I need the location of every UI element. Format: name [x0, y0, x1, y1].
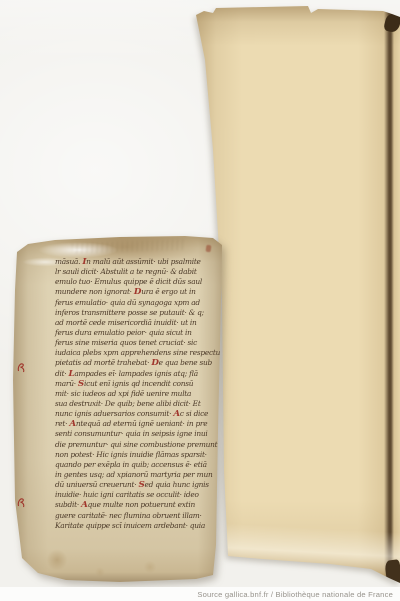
- manuscript-line: guere caritatē· nec flumina obruent illa…: [55, 511, 207, 521]
- source-credit: Source gallica.bnf.fr / Bibliothèque nat…: [197, 590, 393, 599]
- manuscript-line: in gentes usq; ad xpianorū martyria per …: [55, 470, 207, 480]
- manuscript-line: ferus dura emulatio peior· quia sicut in: [55, 328, 207, 338]
- manuscript-line: mundere non ignorat· Dura ē ergo ut in: [55, 287, 207, 297]
- manuscript-line: ret· Antequā ad eternū ignē ueniant· in …: [55, 419, 207, 429]
- manuscript-line: subdit· Aque multe non potuerunt extin: [55, 500, 207, 510]
- manuscript-line: ferus sine miseria quos tenet cruciat· s…: [55, 338, 207, 348]
- manuscript-line: māsuā. In malū aūt assūmit· ubi psalmite: [55, 257, 207, 267]
- nota-margin-mark: [17, 495, 26, 506]
- source-credit-bar: Source gallica.bnf.fr / Bibliothèque nat…: [0, 587, 400, 601]
- nota-margin-mark: [17, 360, 26, 371]
- manuscript-line: nunc ignis aduersarios consumit· Ac si d…: [55, 409, 207, 419]
- manuscript-recto-page: māsuā. In malū aūt assūmit· ubi psalmite…: [0, 0, 400, 601]
- manuscript-line: non potest· Hic ignis inuidie flāmas spa…: [55, 450, 207, 460]
- manuscript-line: emulo tuo· Emulus quippe ē dicit dūs sau…: [55, 277, 207, 287]
- manuscript-line: senti consumuntur· quia in seipsis igne …: [55, 429, 207, 439]
- manuscript-line: marū· Sicut enī ignis qd incendit consū: [55, 379, 207, 389]
- manuscript-line: inferos transmittere posse se putauit· &…: [55, 308, 207, 318]
- manuscript-line: dū uniuersū creuerunt· Sed quia hunc ign…: [55, 480, 207, 490]
- manuscript-line: pietatis ad mortē trahebat· De qua bene …: [55, 358, 207, 368]
- manuscript-recto-page-wrap: māsuā. In malū aūt assūmit· ubi psalmite…: [0, 0, 400, 601]
- manuscript-text: māsuā. In malū aūt assūmit· ubi psalmite…: [55, 257, 207, 531]
- folio-corner-mark: [206, 245, 212, 253]
- manuscript-line: mit· sic iudeos ad xpi fidē uenire multa: [55, 389, 207, 399]
- manuscript-line: quando per exēpla in quib; accensus ē· e…: [55, 460, 207, 470]
- manuscript-line: sua destruxit· De quib; bene alibi dicit…: [55, 399, 207, 409]
- scan-viewport: māsuā. In malū aūt assūmit· ubi psalmite…: [0, 0, 400, 601]
- manuscript-line: die premuntur· qui sine combustione prem…: [55, 440, 207, 450]
- manuscript-line: lr sauli dicit· Abstulit a te regnū· & d…: [55, 267, 207, 277]
- manuscript-line: Karitate quippe scī inuicem ardebant· qu…: [55, 521, 207, 531]
- manuscript-line: ferus emulatio· quia dū synagoga xpm ad: [55, 298, 207, 308]
- manuscript-line: inuidie· huic igni caritatis se occulit·…: [55, 490, 207, 500]
- manuscript-line: dit· Lampades eī· lampades ignis atq; fl…: [55, 369, 207, 379]
- faded-inscription: [72, 239, 184, 254]
- manuscript-line: ad mortē cede misericordiā inuidit· ut i…: [55, 318, 207, 328]
- manuscript-line: iudaica plebs xpm apprehendens sine resp…: [55, 348, 207, 358]
